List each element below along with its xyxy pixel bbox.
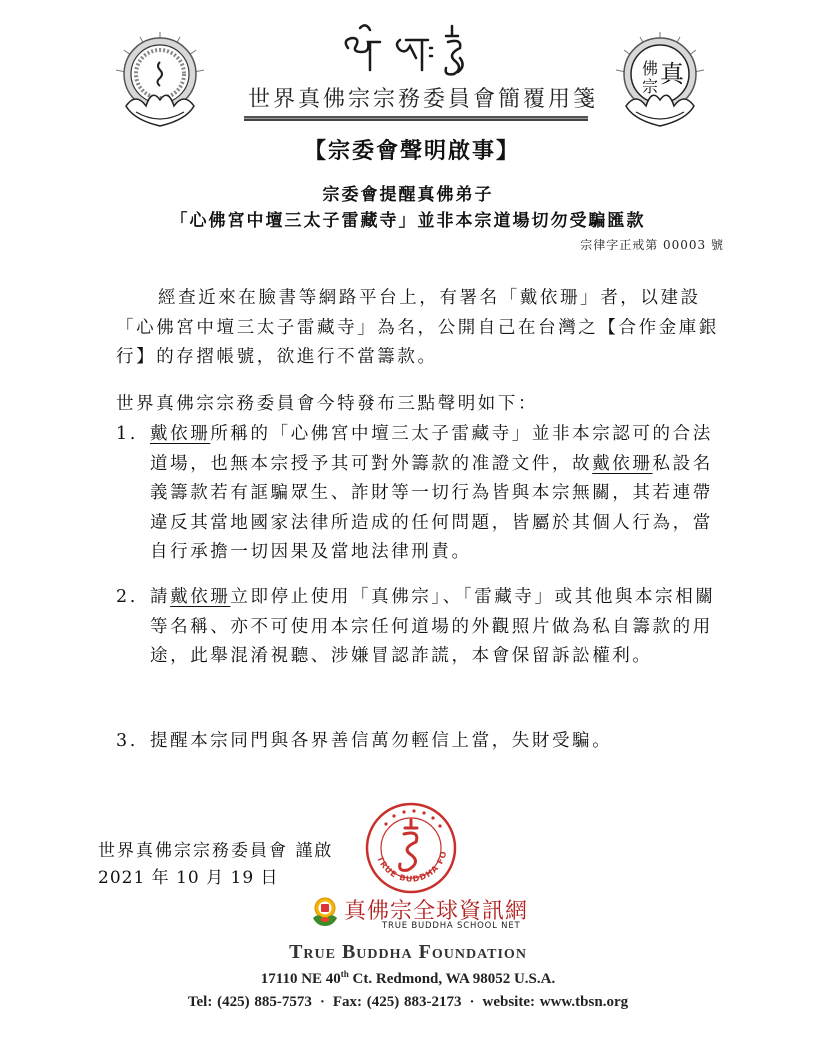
contact-line: Tel: (425) 885-7573·Fax: (425) 883-2173·… <box>0 994 816 1011</box>
address-street-number: 17110 NE 40 <box>261 971 341 987</box>
letterhead-divider <box>244 116 588 121</box>
foundation-address: 17110 NE 40th Ct. Redmond, WA 98052 U.S.… <box>0 969 816 988</box>
notice-subtitle-line2: 「心佛宮中壇三太子雷藏寺」並非本宗道場切勿受騙匯款 <box>0 206 816 231</box>
item-number: 2. <box>116 583 138 613</box>
address-ordinal-suffix: th <box>341 969 349 979</box>
statement-item-2: 2. 請戴依珊立即停止使用「真佛宗」、「雷藏寺」或其他與本宗相關等名稱、亦不可使… <box>116 583 720 672</box>
body-paragraph-1: 經查近來在臉書等網路平台上，有署名「戴依珊」者，以建設「心佛宮中壇三太子雷藏寺」… <box>116 284 720 373</box>
website-link[interactable]: website: www.tbsn.org <box>483 994 629 1010</box>
fax: Fax: (425) 883-2173 <box>333 994 462 1010</box>
item-text: 提醒本宗同門與各界善信萬勿輕信上當，失財受騙。 <box>150 731 612 751</box>
statement-intro: 世界真佛宗宗務委員會今特發布三點聲明如下： <box>116 390 720 420</box>
underlined-name: 戴依珊 <box>150 424 210 444</box>
emblem-char-fo: 佛 <box>642 59 658 78</box>
underlined-name: 戴依珊 <box>592 454 652 474</box>
signature-date: 2021 年 10 月 19 日 <box>98 863 279 888</box>
tbsn-lotus-logo-icon <box>310 896 340 926</box>
tbsn-name-english: TRUE BUDDHA SCHOOL NET <box>382 921 521 931</box>
telephone: Tel: (425) 885-7573 <box>188 994 312 1010</box>
signature-organization: 世界真佛宗宗務委員會 謹啟 <box>98 836 333 861</box>
lotus-seal-emblem-icon <box>112 32 208 132</box>
statement-item-3: 3. 提醒本宗同門與各界善信萬勿輕信上當，失財受騙。 <box>116 727 720 757</box>
om-ah-hum-icon <box>330 18 490 78</box>
zhen-fo-zong-lotus-emblem-icon: 佛 真 宗 <box>612 32 708 132</box>
address-rest: Ct. Redmond, WA 98052 U.S.A. <box>349 971 555 987</box>
notice-subtitle-line1: 宗委會提醒真佛弟子 <box>0 180 816 205</box>
reference-number: 宗律字正戒第 00003 號 <box>580 236 724 253</box>
emblem-char-zhen: 真 <box>660 60 685 88</box>
item-number: 3. <box>116 727 138 757</box>
separator: · <box>320 994 325 1010</box>
item-text: 請 <box>150 587 170 607</box>
true-buddha-foundation-red-seal-icon: TRUE BUDDHA FOUNDATION <box>356 802 466 894</box>
underlined-name: 戴依珊 <box>170 587 230 607</box>
notice-heading: 【宗委會聲明啟事】 <box>292 134 532 165</box>
item-text: 立即停止使用「真佛宗」、「雷藏寺」或其他與本宗相關等名稱、亦不可使用本宗任何道場… <box>150 587 715 666</box>
statement-item-1: 1. 戴依珊所稱的「心佛宮中壇三太子雷藏寺」並非本宗認可的合法道場，也無本宗授予… <box>116 420 720 568</box>
emblem-char-zong: 宗 <box>642 77 658 96</box>
item-number: 1. <box>116 420 138 450</box>
letterhead-org-title: 世界真佛宗宗務委員會簡覆用箋 <box>248 82 588 113</box>
separator: · <box>470 994 475 1010</box>
foundation-name: True Buddha Foundation <box>0 941 816 964</box>
